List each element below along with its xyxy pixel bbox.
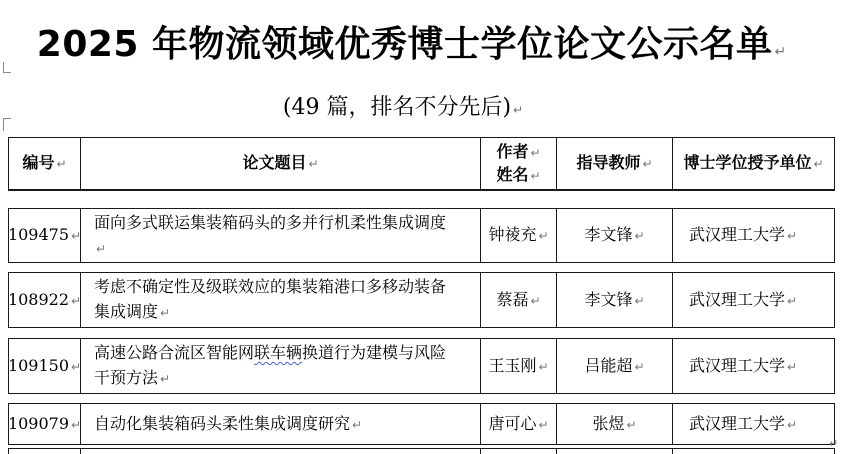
cell-end-mark: ↵ xyxy=(160,306,170,320)
university-name: 武汉理工大学 xyxy=(689,290,785,309)
thesis-title-text: 自动化集装箱码头柔性集成调度研究 xyxy=(94,414,350,433)
row-end-mark: ↵ xyxy=(829,437,838,450)
page-subtitle-text: (49 篇，排名不分先后) xyxy=(283,95,511,120)
header-cell-thesis-title: 论文题目↵ xyxy=(80,138,480,189)
cell-university: 武汉理工大学↵ xyxy=(672,209,834,262)
header-label: 编号 xyxy=(22,153,54,172)
cell-id: 109150↵ xyxy=(9,339,80,393)
cell-advisor xyxy=(556,449,672,454)
cell-university: 武汉理工大学↵ xyxy=(672,404,834,444)
cell-end-mark: ↵ xyxy=(787,229,797,243)
paragraph-mark: ↵ xyxy=(513,103,523,117)
spellcheck-segment: 联车辆 xyxy=(254,343,302,362)
header-cell-author: 作者↵ 姓名↵ xyxy=(480,138,556,189)
cell-end-mark: ↵ xyxy=(160,372,170,386)
cell-author: 王玉刚↵ xyxy=(480,339,556,393)
cell-end-mark: ↵ xyxy=(787,360,797,374)
thesis-title-text: 面向多式联运集装箱码头的多并行机柔性集成调度 xyxy=(94,213,446,232)
cell-end-mark: ↵ xyxy=(71,229,80,243)
advisor-name: 李文锋 xyxy=(584,290,632,309)
cell-end-mark: ↵ xyxy=(71,360,80,374)
cell-end-mark: ↵ xyxy=(787,294,797,308)
header-label: 博士学位授予单位 xyxy=(683,153,811,172)
cell-thesis-title xyxy=(80,449,480,454)
advisor-name: 张煜 xyxy=(592,414,624,433)
header-cell-advisor: 指导教师↵ xyxy=(556,138,672,189)
author-name: 蔡磊 xyxy=(496,290,528,309)
header-cell-university: 博士学位授予单位↵ xyxy=(672,138,834,189)
page-title: 2025 年物流领域优秀博士学位论文公示名单↵ xyxy=(0,16,823,67)
header-label: 指导教师 xyxy=(576,153,640,172)
cell-end-mark: ↵ xyxy=(813,157,823,171)
author-name: 王玉刚 xyxy=(488,356,536,375)
thesis-title-text: 高速公路合流区智能网 xyxy=(94,343,254,362)
cell-end-mark: ↵ xyxy=(96,242,106,256)
cell-end-mark: ↵ xyxy=(530,146,540,160)
cell-thesis-title: 自动化集装箱码头柔性集成调度研究↵ xyxy=(80,404,480,444)
page-title-text: 2025 年物流领域优秀博士学位论文公示名单 xyxy=(37,24,773,65)
cell-end-mark: ↵ xyxy=(634,360,644,374)
cell-end-mark: ↵ xyxy=(634,294,644,308)
header-label: 论文题目 xyxy=(242,153,306,172)
cell-end-mark: ↵ xyxy=(787,418,797,432)
header-label: 姓名 xyxy=(496,165,528,184)
cell-university xyxy=(672,449,834,454)
cell-end-mark: ↵ xyxy=(538,418,548,432)
cell-end-mark: ↵ xyxy=(634,229,644,243)
cell-advisor: 李文锋↵ xyxy=(556,209,672,262)
university-name: 武汉理工大学 xyxy=(689,356,785,375)
table-row: 109150↵ 高速公路合流区智能网联车辆换道行为建模与风险干预方法↵ 王玉刚↵… xyxy=(8,338,835,394)
id-value: 109150 xyxy=(9,356,69,375)
advisor-name: 李文锋 xyxy=(584,225,632,244)
paragraph-mark: ↵ xyxy=(775,44,787,60)
cell-end-mark: ↵ xyxy=(56,157,66,171)
cell-thesis-title: 高速公路合流区智能网联车辆换道行为建模与风险干预方法↵ xyxy=(80,339,480,393)
cell-advisor: 张煜↵ xyxy=(556,404,672,444)
cell-end-mark: ↵ xyxy=(308,157,318,171)
cell-id: 108922↵ xyxy=(9,273,80,327)
cell-author: 蔡磊↵ xyxy=(480,273,556,327)
thesis-title-text: 考虑不确定性及级联效应的集装箱港口多移动装备集成调度 xyxy=(94,277,446,321)
table-row: 109475↵ 面向多式联运集装箱码头的多并行机柔性集成调度↵ 钟祾充↵ 李文锋… xyxy=(8,208,835,263)
cell-end-mark: ↵ xyxy=(71,418,80,432)
cell-advisor: 吕能超↵ xyxy=(556,339,672,393)
cell-university: 武汉理工大学↵ xyxy=(672,339,834,393)
cell-end-mark: ↵ xyxy=(642,157,652,171)
cell-end-mark: ↵ xyxy=(530,169,540,183)
id-value: 109475 xyxy=(9,225,69,244)
university-name: 武汉理工大学 xyxy=(689,414,785,433)
cell-end-mark: ↵ xyxy=(71,294,80,308)
table-row: 109079↵ 自动化集装箱码头柔性集成调度研究↵ 唐可心↵ 张煜↵ 武汉理工大… xyxy=(8,403,835,445)
cell-end-mark: ↵ xyxy=(538,360,548,374)
cell-id xyxy=(9,449,80,454)
cell-end-mark: ↵ xyxy=(626,418,636,432)
cell-id: 109079↵ xyxy=(9,404,80,444)
page-subtitle: (49 篇，排名不分先后)↵ xyxy=(0,90,806,121)
id-value: 109079 xyxy=(9,414,69,433)
header-cell-id: 编号↵ xyxy=(9,138,80,189)
table-row: 108922↵ 考虑不确定性及级联效应的集装箱港口多移动装备集成调度↵ 蔡磊↵ … xyxy=(8,272,835,328)
cell-end-mark: ↵ xyxy=(538,229,548,243)
cell-university: 武汉理工大学↵ xyxy=(672,273,834,327)
university-name: 武汉理工大学 xyxy=(689,225,785,244)
cell-thesis-title: 考虑不确定性及级联效应的集装箱港口多移动装备集成调度↵ xyxy=(80,273,480,327)
table-row-partial xyxy=(8,448,835,454)
cell-end-mark: ↵ xyxy=(352,418,362,432)
cell-end-mark: ↵ xyxy=(530,294,540,308)
document-page: 2025 年物流领域优秀博士学位论文公示名单↵ (49 篇，排名不分先后)↵ 编… xyxy=(0,0,843,454)
cell-id: 109475↵ xyxy=(9,209,80,262)
cell-advisor: 李文锋↵ xyxy=(556,273,672,327)
cell-author xyxy=(480,449,556,454)
id-value: 108922 xyxy=(9,290,69,309)
author-name: 钟祾充 xyxy=(488,225,536,244)
cell-thesis-title: 面向多式联运集装箱码头的多并行机柔性集成调度↵ xyxy=(80,209,480,262)
table-header-row: 编号↵ 论文题目↵ 作者↵ 姓名↵ 指导教师↵ 博士学位授予单位↵ xyxy=(8,137,835,191)
cell-author: 唐可心↵ xyxy=(480,404,556,444)
advisor-name: 吕能超 xyxy=(584,356,632,375)
header-label: 作者 xyxy=(496,142,528,161)
author-name: 唐可心 xyxy=(488,414,536,433)
cell-author: 钟祾充↵ xyxy=(480,209,556,262)
